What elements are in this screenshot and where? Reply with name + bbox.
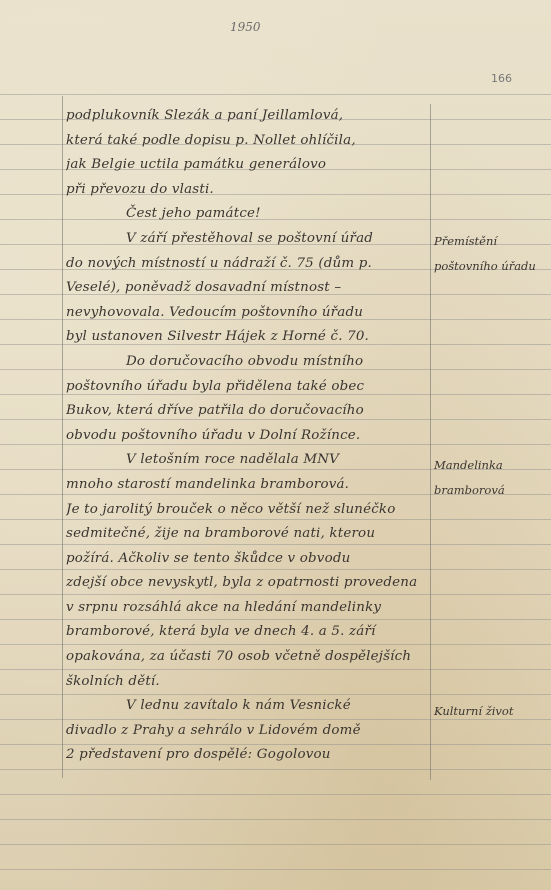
text-line: Bukov, která dříve patřila do doručovací… [66, 399, 434, 424]
text-line: divadlo z Prahy a sehrálo v Lidovém domě [66, 719, 434, 744]
margin-note-potato-beetle: Mandelinka bramborová [434, 453, 551, 502]
margin-note-line: Mandelinka [434, 453, 551, 478]
year-heading: 1950 [230, 20, 261, 34]
text-line: v srpnu rozsáhlá akce na hledání mandeli… [66, 596, 434, 621]
text-line: V září přestěhoval se poštovní úřad [66, 227, 434, 252]
text-line: opakována, za účasti 70 osob včetně dosp… [66, 645, 434, 670]
text-line: obvodu poštovního úřadu v Dolní Rožínce. [66, 424, 434, 449]
text-line: školních dětí. [66, 670, 434, 695]
handwritten-chronicle-page: 1950 166 podplukovník Slezák a paní Jeil… [0, 0, 551, 890]
text-line: do nových místností u nádraží č. 75 (dům… [66, 252, 434, 277]
text-line: Veselé), poněvadž dosavadní místnost – [66, 276, 434, 301]
text-line: byl ustanoven Silvestr Hájek z Horné č. … [66, 325, 434, 350]
text-line: požírá. Ačkoliv se tento škůdce v obvodu [66, 547, 434, 572]
text-line: 2 představení pro dospělé: Gogolovou [66, 743, 434, 768]
margin-note-cultural-life: Kulturní život [434, 699, 551, 724]
text-line: Čest jeho památce! [66, 202, 434, 227]
text-line: V lednu zavítalo k nám Vesnické [66, 694, 434, 719]
text-line: mnoho starostí mandelinka bramborová. [66, 473, 434, 498]
margin-note-relocation: Přemístění poštovního úřadu [434, 229, 551, 278]
left-margin-line [62, 96, 63, 778]
margin-note-line: Kulturní život [434, 699, 551, 724]
text-line: nevyhovovala. Vedoucím poštovního úřadu [66, 301, 434, 326]
text-line: poštovního úřadu byla přidělena také obe… [66, 375, 434, 400]
text-line: při převozu do vlasti. [66, 178, 434, 203]
margin-note-line: Přemístění [434, 229, 551, 254]
text-line: sedmitečné, žije na bramborové nati, kte… [66, 522, 434, 547]
text-line: jak Belgie uctila památku generálovo [66, 153, 434, 178]
text-line: podplukovník Slezák a paní Jeillamlová, [66, 104, 434, 129]
chronicle-body-text: podplukovník Slezák a paní Jeillamlová, … [66, 104, 434, 768]
text-line: Do doručovacího obvodu místního [66, 350, 434, 375]
text-line: která také podle dopisu p. Nollet ohlíči… [66, 129, 434, 154]
page-number: 166 [491, 72, 512, 85]
margin-note-line: bramborová [434, 478, 551, 503]
text-line: V letošním roce nadělala MNV [66, 448, 434, 473]
text-line: zdejší obce nevyskytl, byla z opatrnosti… [66, 571, 434, 596]
text-line: bramborové, která byla ve dnech 4. a 5. … [66, 620, 434, 645]
margin-note-line: poštovního úřadu [434, 254, 551, 279]
text-line: Je to jarolitý brouček o něco větší než … [66, 498, 434, 523]
